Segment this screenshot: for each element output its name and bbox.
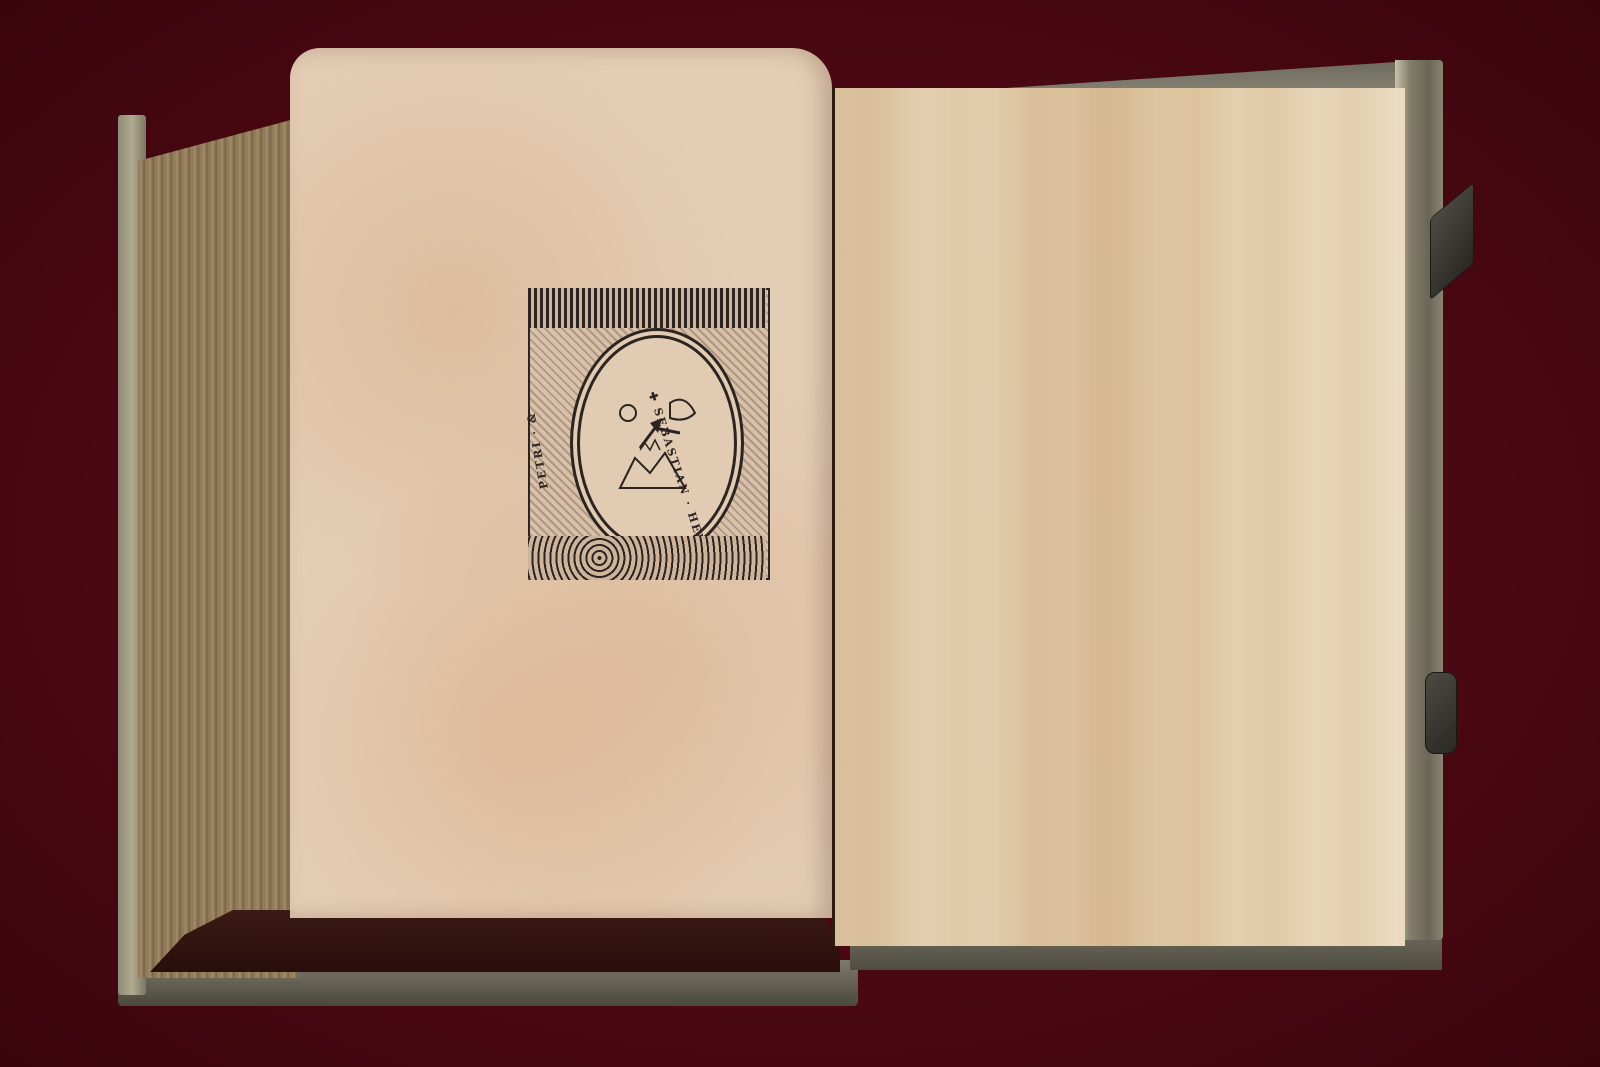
device-oval-frame — [570, 328, 744, 558]
printers-device-woodcut: ✚ SEBASTIAN · HENRIC PETRI · & — [528, 288, 770, 580]
device-inscription-left: PETRI · & — [524, 410, 550, 490]
metal-clasp-bottom — [1425, 672, 1457, 754]
device-ornamental-bottom — [528, 536, 766, 580]
page-block-fore-edge — [138, 118, 298, 978]
right-page — [832, 88, 1405, 946]
device-ornamental-top — [528, 288, 766, 328]
page-block-underside — [150, 910, 840, 972]
